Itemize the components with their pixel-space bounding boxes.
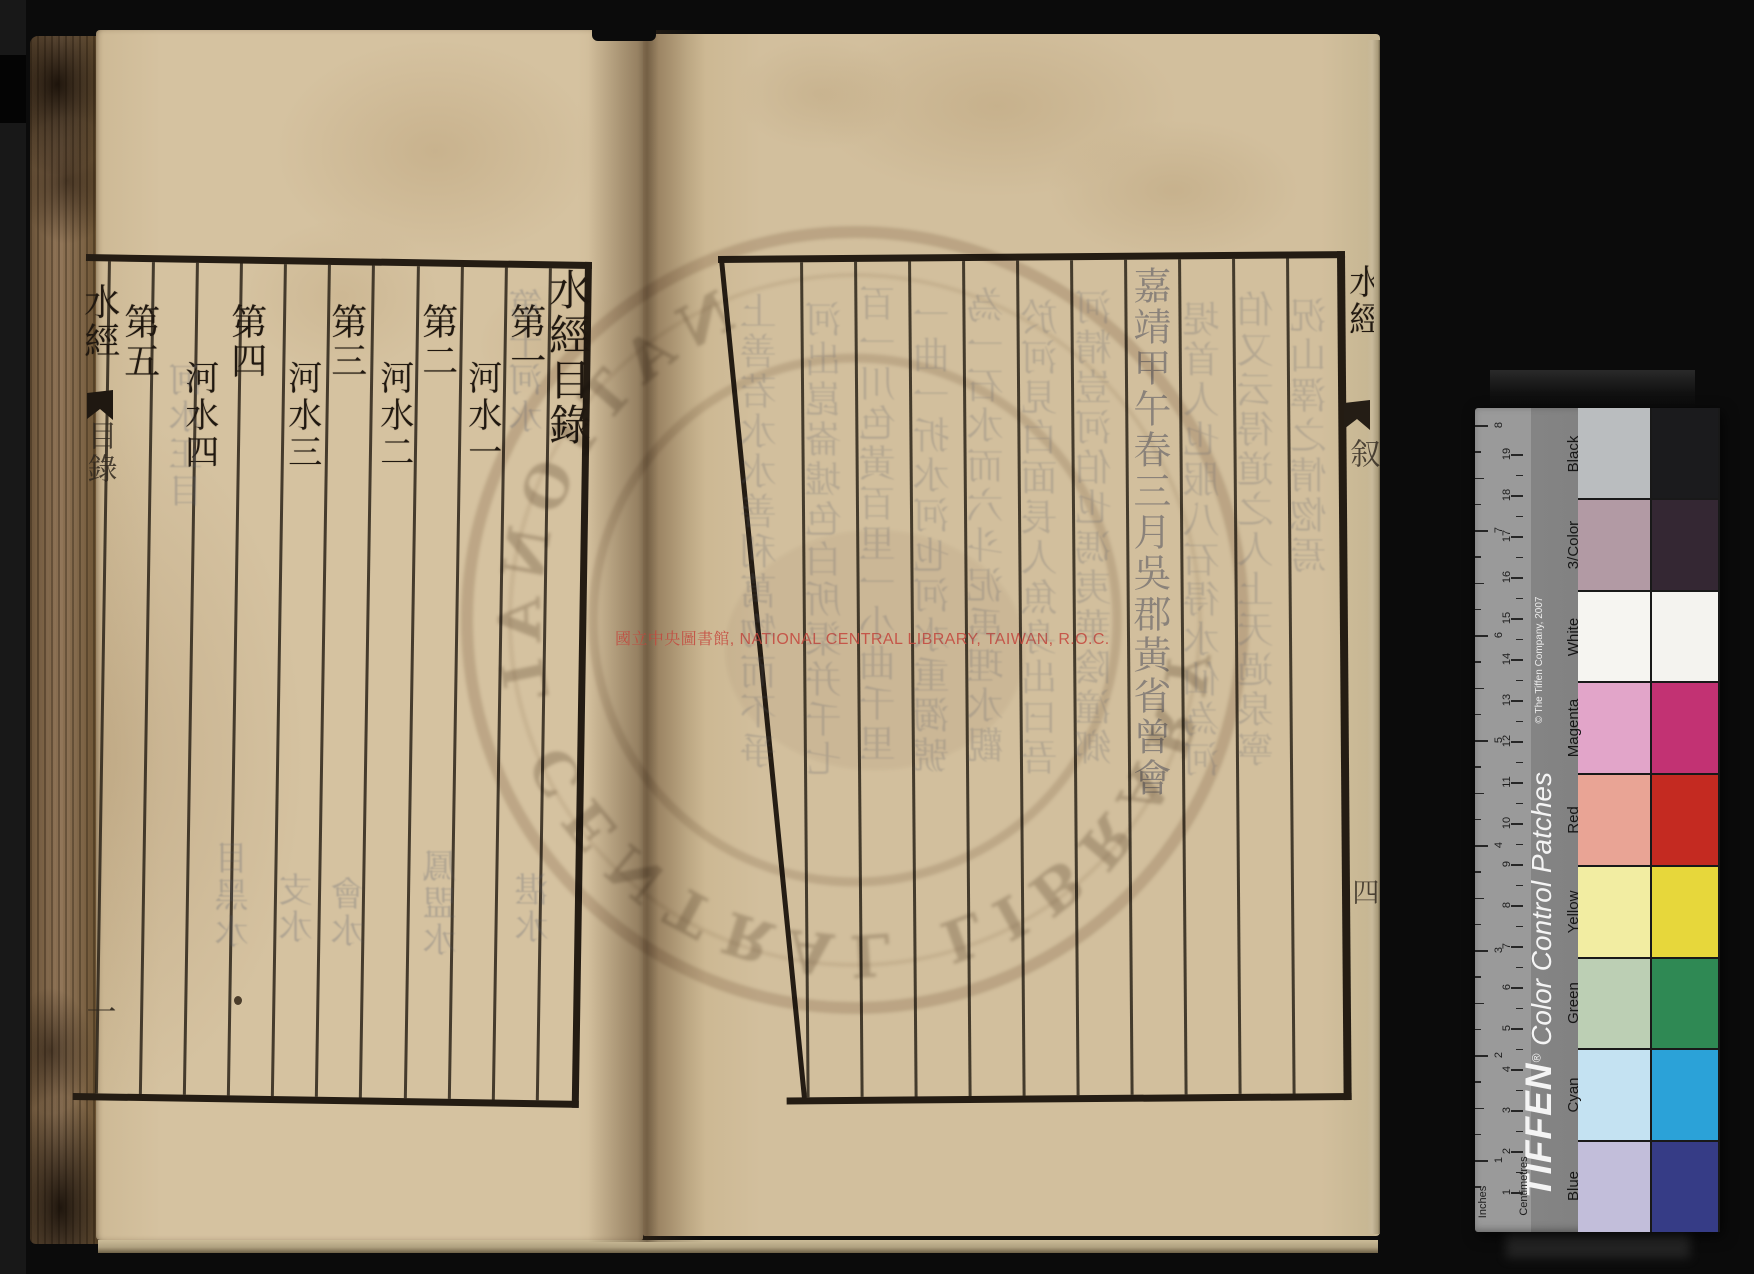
cm-tick [1516,598,1523,600]
cm-tick [1516,1172,1523,1174]
card-copyright: © The Tiffen Company, 2007 [1534,585,1546,735]
toc-entry-number: 第五 [120,303,158,381]
cm-number: 12 [1501,731,1513,751]
cm-number: 16 [1501,567,1513,587]
card-sleeve-glare [1490,370,1695,408]
cm-number: 10 [1501,813,1513,833]
inch-tick [1475,766,1481,768]
inch-tick [1475,793,1484,795]
cm-number: 9 [1501,854,1513,874]
inch-tick [1475,1134,1481,1136]
cm-tick [1516,967,1523,969]
color-patch-light [1578,867,1650,957]
inches-label: Inches [1477,1172,1489,1232]
scanned-book-photograph: 水經 目錄 一 水經目錄 水經 叙 四 嘉靖甲午春三月吳郡黃省曾會 NATION… [0,0,1754,1274]
top-gutter-notch [592,30,656,41]
banxin-title-right-clip: 水經 [1344,264,1374,338]
fishtail-mark-icon [1344,400,1370,430]
bleedthrough-text: 第十河水 [512,288,548,436]
column-rule [359,266,375,1098]
toc-entry-river: 河水二 [375,360,411,471]
color-patch-strong [1652,500,1718,590]
inch-tick [1475,740,1488,742]
patch-row-label: Red [1565,778,1581,862]
inch-tick [1475,609,1481,611]
cm-number: 5 [1501,1018,1513,1038]
cm-number: 2 [1501,1141,1513,1161]
inch-number: 6 [1493,625,1505,645]
patch-row-label: Yellow [1565,870,1581,954]
scan-background-strip [0,0,26,1274]
scan-background-notch [0,55,26,123]
patch-row-label: White [1565,595,1581,679]
cm-number: 7 [1501,936,1513,956]
inch-tick [1475,1029,1481,1031]
cm-tick [1516,844,1523,846]
color-patch-strong [1652,775,1718,865]
color-patch-strong [1652,959,1718,1049]
inch-tick [1475,478,1484,480]
inch-tick [1475,635,1488,637]
inch-tick [1475,1186,1481,1188]
inch-tick [1475,845,1488,847]
patch-row-label: Magenta [1565,686,1581,770]
inch-tick [1475,898,1484,900]
inch-tick [1475,950,1488,952]
bleedthrough-text: 為一石水而六斗泥禹理水觀 [970,286,1009,766]
cm-number: 13 [1501,690,1513,710]
cm-tick [1516,803,1523,805]
cm-tick [1516,926,1523,928]
inch-number: 4 [1493,835,1505,855]
patch-row-label: Green [1565,961,1581,1045]
inch-tick [1475,924,1481,926]
color-patch-light [1578,592,1650,682]
inch-tick [1475,688,1484,690]
cm-number: 15 [1501,608,1513,628]
color-patch-strong [1652,1142,1718,1232]
color-patch-light [1578,500,1650,590]
inch-tick [1475,871,1481,873]
cm-tick [1516,1131,1523,1133]
bleedthrough-text: 鳳盟水 [426,848,462,959]
patch-row-label: 3/Color [1565,503,1581,587]
inch-tick [1475,504,1481,506]
fore-edge-page-stack [1367,40,1380,1234]
bleedthrough-text: 支水 [282,872,318,946]
toc-entry-river: 河水三 [283,360,319,471]
inch-tick [1475,661,1481,663]
banxin-section-left: 目錄 [83,420,115,486]
inch-tick [1475,1160,1488,1162]
toc-entry-river: 河水一 [463,360,499,471]
patch-row-label: Black [1565,412,1581,496]
inch-tick [1475,583,1484,585]
toc-entry-number: 第三 [327,303,365,381]
color-patch-strong [1652,1050,1718,1140]
cm-number: 11 [1501,772,1513,792]
inch-tick [1475,1081,1481,1083]
banxin-section-right: 叙 [1346,438,1378,471]
bleedthrough-text: 河出崑崙墟色白所渠并千七 [808,300,847,780]
color-patch-grid [1578,408,1720,1232]
bleedthrough-text: 百一川色黃百里一小曲千里 [862,284,901,764]
cm-number: 18 [1501,485,1513,505]
cm-tick [1516,557,1523,559]
inch-tick [1475,819,1481,821]
fishtail-mark-icon [87,390,113,420]
bleedthrough-text: 河精豈河伯也馮夷華陰潼鄉 [1078,288,1117,768]
color-patch-strong [1652,592,1718,682]
column-rule [95,261,111,1093]
cm-number: 1 [1501,1182,1513,1202]
inch-tick [1475,1003,1484,1005]
cm-tick [1516,885,1523,887]
bleedthrough-text: 況山澤之情惚焉 [1293,296,1332,576]
cm-tick [1516,1090,1523,1092]
bleedthrough-text: 會水 [334,876,370,950]
cm-number: 3 [1501,1100,1513,1120]
color-patch-light [1578,775,1650,865]
page-number-left: 一 [82,996,114,1029]
bleedthrough-text: 湛水 [518,872,554,946]
inch-tick [1475,556,1481,558]
inch-tick [1475,1055,1488,1057]
tiffen-color-card: TIFFEN® Color Control Patches © The Tiff… [1475,408,1720,1232]
page-number-right: 四 [1348,878,1376,908]
color-patch-light [1578,1050,1650,1140]
cm-number: 8 [1501,895,1513,915]
cm-tick [1516,762,1523,764]
cm-number: 19 [1501,444,1513,464]
registered-mark: ® [1530,1054,1544,1063]
column-rule [139,262,155,1094]
bleedthrough-text: 伯又云得道之人上天過泉寧 [1240,290,1279,770]
bleedthrough-text: 河水正目 [172,362,208,510]
cm-number: 6 [1501,977,1513,997]
bleedthrough-text: 上善若水水善利萬物而不爭 [743,292,782,772]
cm-tick [1516,721,1523,723]
inch-tick [1475,714,1481,716]
bleedthrough-text: 於河見白面長人魚身出曰吾 [1024,298,1063,778]
color-patch-light [1578,408,1650,498]
color-patch-light [1578,959,1650,1049]
cm-number: 4 [1501,1059,1513,1079]
ink-speck [234,996,242,1005]
color-patch-strong [1652,408,1718,498]
bleedthrough-text: 堤首人也服八石得水仙為河 [1186,300,1225,780]
inch-tick [1475,451,1481,453]
bottom-page-edges [98,1240,1378,1253]
inch-tick [1475,976,1481,978]
inch-tick [1475,530,1488,532]
cm-number: 14 [1501,649,1513,669]
bleedthrough-text: 目黑水 [218,840,254,951]
patch-row-label: Cyan [1565,1053,1581,1137]
cm-tick [1516,516,1523,518]
color-patch-strong [1652,683,1718,773]
banxin-title-left: 水經 [80,283,118,361]
cm-number: 17 [1501,526,1513,546]
toc-entry-number: 第四 [227,303,265,381]
toc-entry-number: 第二 [418,303,456,381]
color-patch-light [1578,683,1650,773]
patch-row-label: Blue [1565,1144,1581,1228]
card-title: Color Control Patches [1526,772,1557,1046]
centimetres-label: Centimetres [1518,1141,1530,1231]
card-shadow [1506,1232,1690,1258]
color-patch-light [1578,1142,1650,1232]
column-rule [227,263,243,1095]
color-patch-strong [1652,867,1718,957]
inch-number: 8 [1493,415,1505,435]
cm-tick [1516,1049,1523,1051]
cm-tick [1516,639,1523,641]
inch-tick [1475,1108,1484,1110]
bleedthrough-text: 一曲一折水河也河水重濁號 [916,296,955,776]
inch-tick [1475,425,1488,427]
cm-tick [1516,680,1523,682]
cm-tick [1516,475,1523,477]
cm-tick [1516,1008,1523,1010]
